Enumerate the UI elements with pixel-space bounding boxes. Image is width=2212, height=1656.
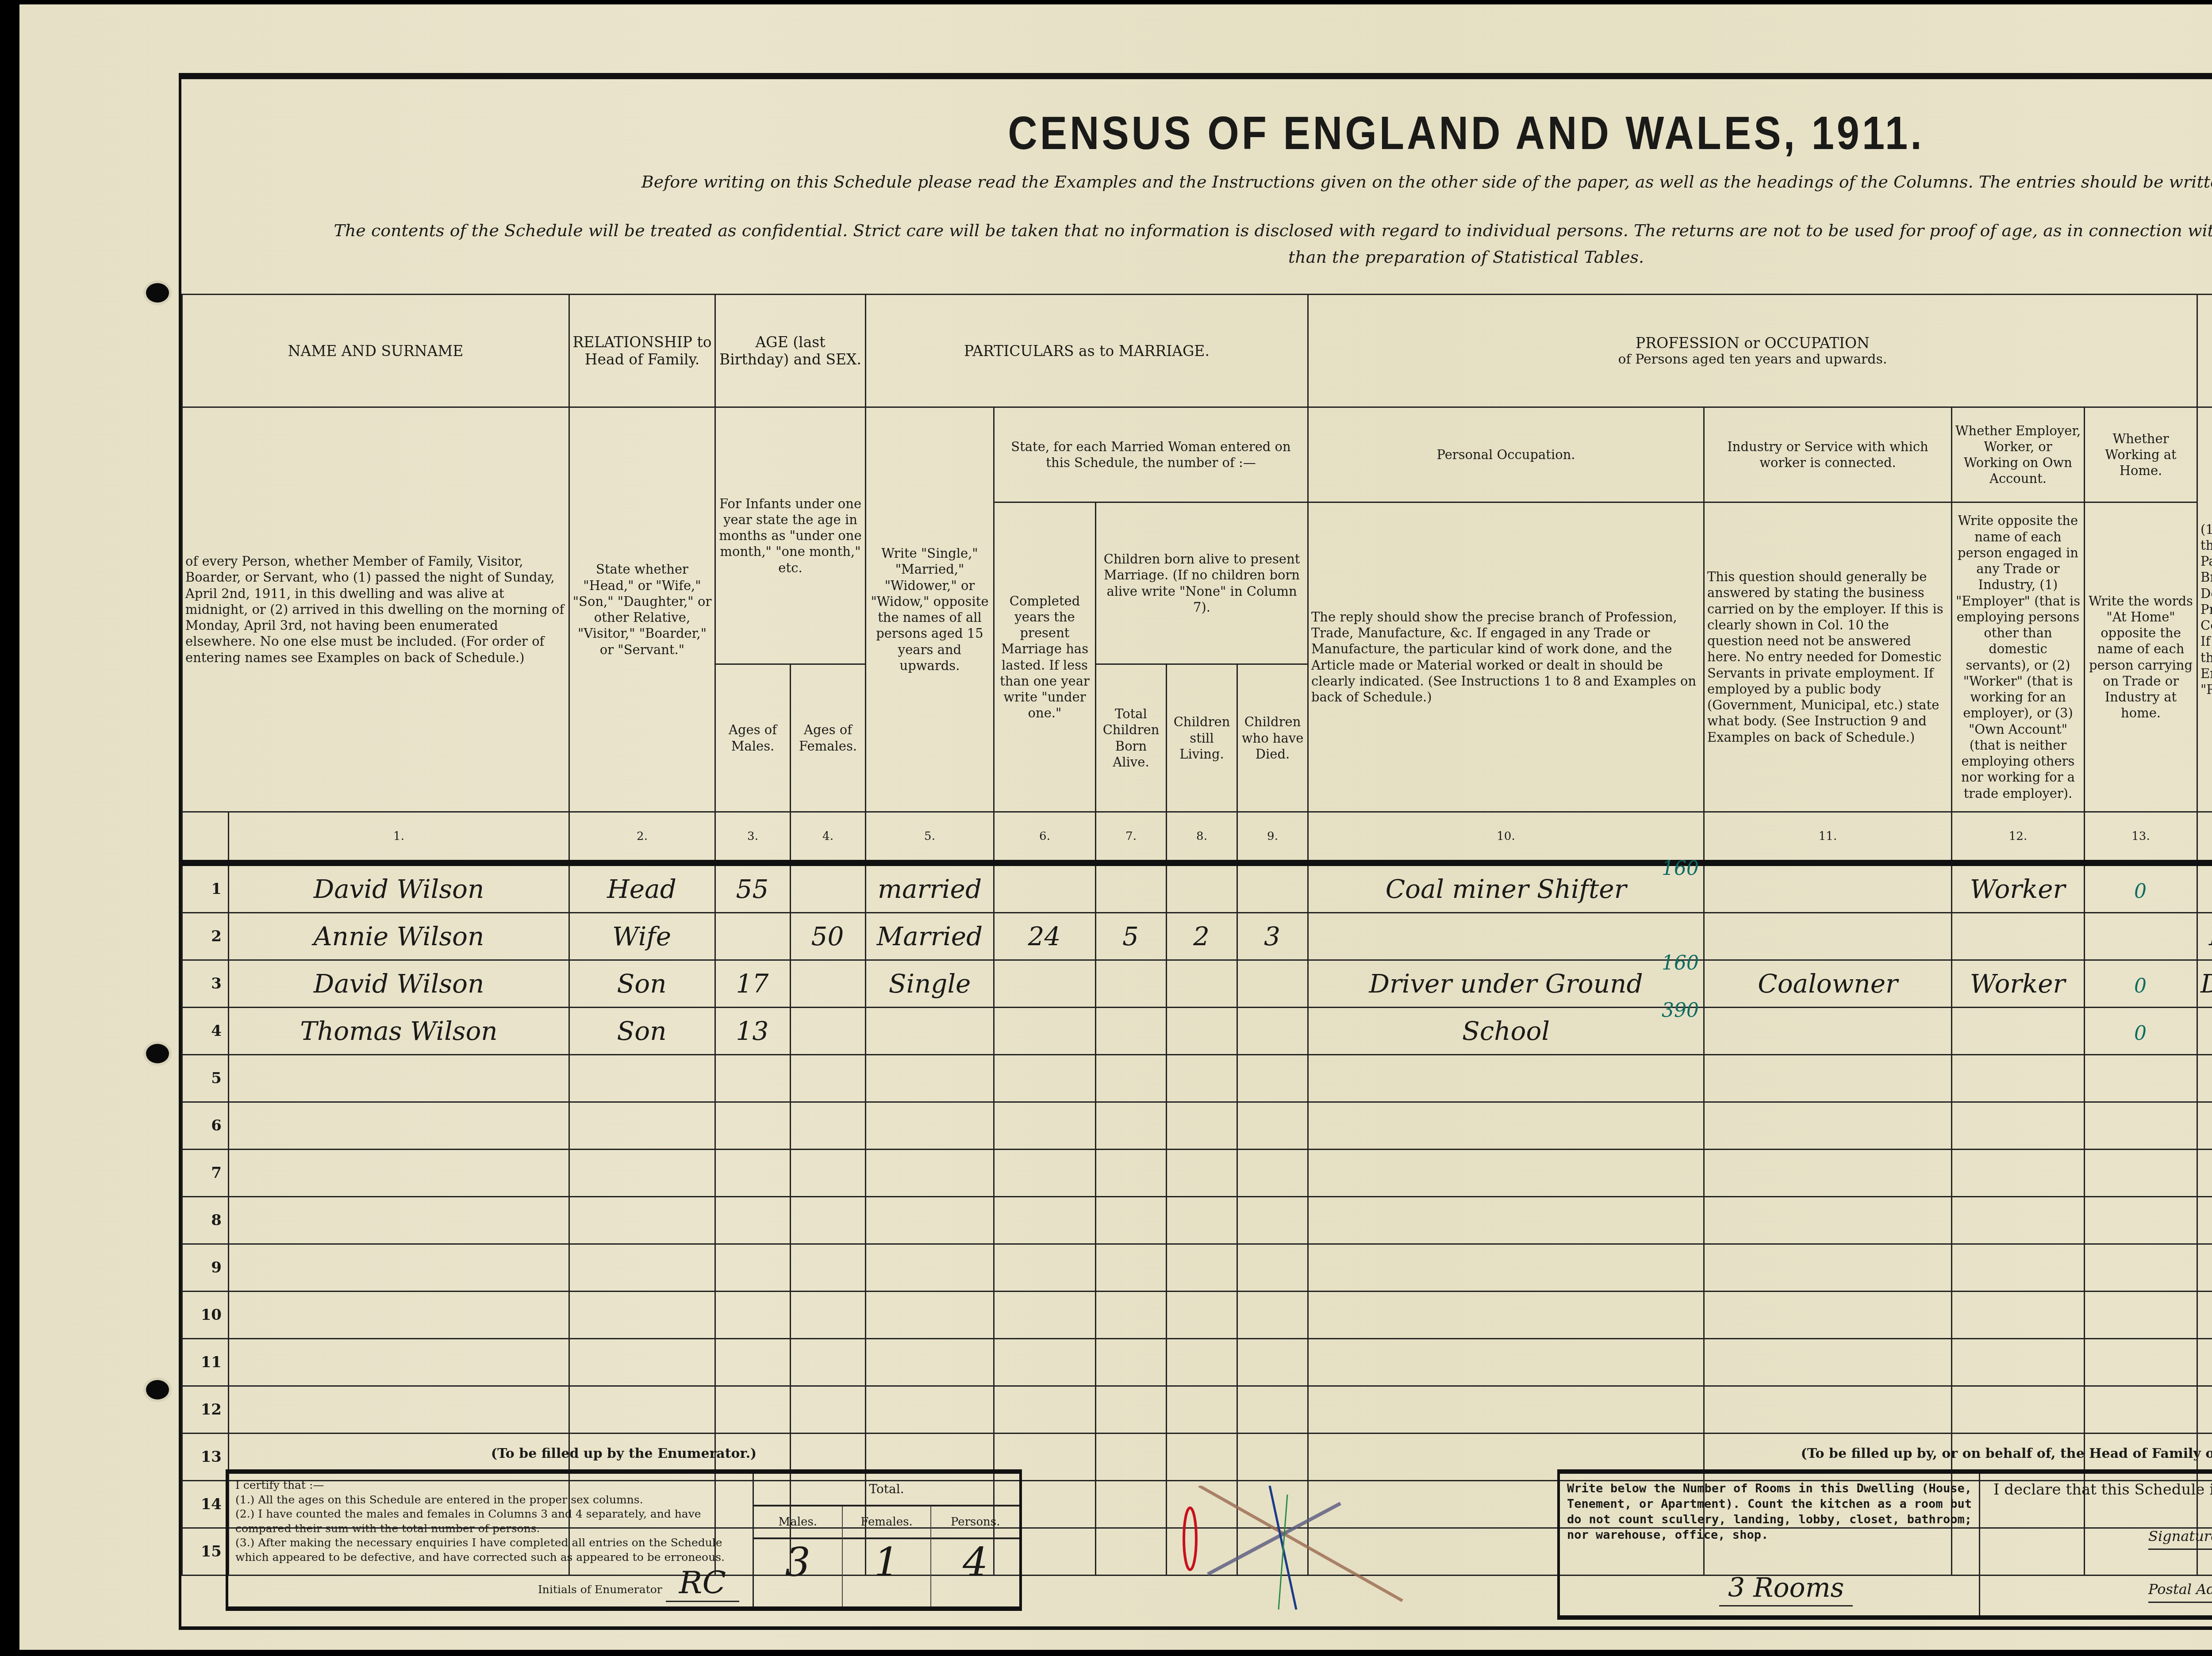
row-number: 5: [182, 1055, 229, 1102]
address-line[interactable]: Postal Address 6 West Terrace Boldon Col…: [2148, 1567, 2212, 1603]
employer-status[interactable]: [1952, 1055, 2085, 1102]
personal-occupation[interactable]: Driver under Ground160: [1308, 960, 1704, 1008]
person-name[interactable]: [229, 1055, 569, 1102]
enumerator-initials[interactable]: RC: [666, 1564, 739, 1602]
relationship-cell[interactable]: Head: [569, 863, 715, 913]
children-born[interactable]: [1096, 1386, 1167, 1434]
birthplace-cell[interactable]: Durham (Boldon Colly.: [2197, 960, 2212, 1008]
personal-occupation[interactable]: [1308, 1102, 1704, 1150]
address-label: Postal Address: [2148, 1581, 2212, 1598]
col-number: 12.: [1952, 812, 2085, 863]
children-born[interactable]: [1096, 960, 1167, 1008]
signature-label: Signature: [2148, 1528, 2212, 1545]
certify-item-1: (1.) All the ages on this Schedule are e…: [235, 1493, 745, 1507]
persons-label: Persons.: [931, 1506, 1019, 1539]
person-name[interactable]: [229, 1244, 569, 1292]
person-name[interactable]: Thomas Wilson: [229, 1008, 569, 1055]
working-at-home[interactable]: [2085, 1055, 2197, 1102]
relationship-cell[interactable]: [569, 1339, 715, 1386]
birthplace-cell[interactable]: [2197, 1244, 2212, 1292]
age-female[interactable]: [791, 1102, 866, 1150]
industry-cell[interactable]: [1704, 1339, 1952, 1386]
industry-cell[interactable]: Coalowner: [1704, 960, 1952, 1008]
personal-occupation-title: Personal Occupation.: [1308, 407, 1704, 502]
row-number: 2: [182, 913, 229, 960]
age-female[interactable]: [791, 1008, 866, 1055]
age-female[interactable]: [791, 1244, 866, 1292]
employer-status-text: Worker: [1970, 969, 2066, 999]
person-name[interactable]: [229, 1386, 569, 1434]
age-male[interactable]: [715, 1197, 791, 1244]
industry-cell[interactable]: [1704, 863, 1952, 913]
children-born[interactable]: [1096, 1528, 1167, 1575]
children-died[interactable]: [1237, 1339, 1308, 1386]
employer-status[interactable]: [1952, 1292, 2085, 1339]
children-living-text: 2: [1193, 921, 1210, 951]
householder-box: Write below the Number of Rooms in this …: [1557, 1469, 2212, 1620]
occupation-code: 390: [1662, 999, 1699, 1022]
working-at-home[interactable]: 0: [2085, 960, 2197, 1008]
row-number: 11: [182, 1339, 229, 1386]
col-number: 10.: [1308, 812, 1704, 863]
still-living-label: Children still Living.: [1167, 664, 1237, 812]
children-died[interactable]: [1237, 1197, 1308, 1244]
personal-occupation[interactable]: [1308, 1386, 1704, 1434]
employer-status[interactable]: [1952, 1339, 2085, 1386]
children-died[interactable]: [1237, 1150, 1308, 1197]
age-male-text: 13: [736, 1016, 769, 1046]
personal-occupation[interactable]: [1308, 1197, 1704, 1244]
person-name[interactable]: [229, 1339, 569, 1386]
children-born[interactable]: 5: [1096, 913, 1167, 960]
working-at-home[interactable]: [2085, 1386, 2197, 1434]
occupation-code: 160: [1662, 952, 1699, 974]
table-row: 4Thomas WilsonSon13School3900Durham do.: [182, 1008, 2212, 1055]
person-name-text: Annie Wilson: [314, 921, 484, 951]
home-title: Whether Working at Home.: [2085, 407, 2197, 502]
industry-cell[interactable]: [1704, 1008, 1952, 1055]
marital-condition[interactable]: [866, 1244, 994, 1292]
children-born[interactable]: [1096, 1244, 1167, 1292]
punch-hole: [146, 1380, 169, 1399]
children-living[interactable]: [1167, 1197, 1237, 1244]
marriage-heading: PARTICULARS as to MARRIAGE.: [866, 295, 1308, 407]
birthplace-cell[interactable]: Durham do.: [2197, 1008, 2212, 1055]
age-male-text: 17: [736, 969, 769, 999]
age-male[interactable]: [715, 1244, 791, 1292]
industry-cell[interactable]: [1704, 1386, 1952, 1434]
children-living[interactable]: [1167, 1292, 1237, 1339]
working-at-home[interactable]: [2085, 1150, 2197, 1197]
age-female[interactable]: [791, 1197, 866, 1244]
age-female[interactable]: 50: [791, 913, 866, 960]
table-row: 1David WilsonHead55marriedCoal miner Shi…: [182, 863, 2212, 913]
years-married[interactable]: [994, 863, 1096, 913]
children-born[interactable]: [1096, 1434, 1167, 1481]
working-at-home[interactable]: 0: [2085, 1008, 2197, 1055]
relationship-cell-text: Head: [607, 874, 676, 904]
row-number-text: 12: [201, 1401, 222, 1418]
relationship-cell[interactable]: Son: [569, 1008, 715, 1055]
relationship-cell-text: Son: [617, 1016, 666, 1046]
industry-cell[interactable]: [1704, 1150, 1952, 1197]
children-born[interactable]: [1096, 1150, 1167, 1197]
declaration-section: I declare that this Schedule is correctl…: [1980, 1474, 2212, 1615]
home-instructions: Write the words "At Home" opposite the n…: [2085, 502, 2197, 812]
punch-hole: [146, 1044, 169, 1063]
row-number: 15: [182, 1528, 229, 1575]
females-label: Females.: [843, 1506, 931, 1539]
marital-condition[interactable]: [866, 1339, 994, 1386]
employer-status[interactable]: [1952, 1244, 2085, 1292]
marital-condition[interactable]: [866, 1292, 994, 1339]
name-instructions: of every Person, whether Member of Famil…: [182, 407, 569, 812]
relationship-cell[interactable]: [569, 1055, 715, 1102]
person-name[interactable]: [229, 1292, 569, 1339]
personal-occupation[interactable]: School390: [1308, 1008, 1704, 1055]
person-name-text: Thomas Wilson: [300, 1016, 497, 1046]
age-male[interactable]: [715, 913, 791, 960]
personal-occupation[interactable]: [1308, 1339, 1704, 1386]
children-died[interactable]: [1237, 1386, 1308, 1434]
birthplace-cell[interactable]: [2197, 1339, 2212, 1386]
col-number: 2.: [569, 812, 715, 863]
table-row: 3David WilsonSon17SingleDriver under Gro…: [182, 960, 2212, 1008]
birthplace-cell[interactable]: [2197, 1150, 2212, 1197]
relationship-cell[interactable]: Wife: [569, 913, 715, 960]
personal-occupation[interactable]: Coal miner Shifter160: [1308, 863, 1704, 913]
children-born[interactable]: [1096, 863, 1167, 913]
home-code: 0: [2134, 880, 2147, 903]
children-died[interactable]: [1237, 863, 1308, 913]
children-living[interactable]: [1167, 1055, 1237, 1102]
employer-status[interactable]: [1952, 1197, 2085, 1244]
person-name[interactable]: [229, 1197, 569, 1244]
row-number-text: 13: [201, 1448, 222, 1466]
children-born[interactable]: [1096, 1102, 1167, 1150]
age-male-text: 55: [736, 874, 769, 904]
age-female[interactable]: [791, 863, 866, 913]
birthplace-cell[interactable]: [2197, 1055, 2212, 1102]
row-number: 7: [182, 1150, 229, 1197]
rooms-section: Write below the Number of Rooms in this …: [1560, 1474, 1980, 1615]
years-married[interactable]: [994, 1339, 1096, 1386]
years-married[interactable]: [994, 1197, 1096, 1244]
age-female[interactable]: [791, 1339, 866, 1386]
table-row: 11: [182, 1339, 2212, 1386]
children-living[interactable]: [1167, 960, 1237, 1008]
years-married[interactable]: [994, 1150, 1096, 1197]
age-male[interactable]: 55: [715, 863, 791, 913]
working-at-home[interactable]: [2085, 1292, 2197, 1339]
personal-occupation-instructions: The reply should show the precise branch…: [1308, 502, 1704, 812]
col-number: 9.: [1237, 812, 1308, 863]
ink-instruction: Before writing on this Schedule please r…: [181, 172, 2212, 192]
relationship-cell[interactable]: [569, 1386, 715, 1434]
males-label: Males.: [754, 1506, 842, 1539]
occupation-subheading: of Persons aged ten years and upwards.: [1311, 352, 2194, 367]
employer-status[interactable]: [1952, 1150, 2085, 1197]
totals-box: Total. Males.3 Females.1 Persons.4: [753, 1474, 1019, 1606]
children-living[interactable]: [1167, 1008, 1237, 1055]
marital-condition[interactable]: [866, 1150, 994, 1197]
marital-condition[interactable]: [866, 1197, 994, 1244]
home-code: 0: [2134, 1022, 2147, 1045]
employer-status[interactable]: [1952, 1102, 2085, 1150]
signature-line[interactable]: Signature David Wilson: [2148, 1514, 2212, 1550]
age-male[interactable]: [715, 1150, 791, 1197]
page-title: CENSUS OF ENGLAND AND WALES, 1911.: [181, 107, 2212, 160]
personal-occupation-text: Coal miner Shifter: [1386, 874, 1627, 904]
col-number: 14: [2197, 812, 2212, 863]
industry-cell[interactable]: [1704, 1102, 1952, 1150]
confidential-notice: The contents of the Schedule will be tre…: [181, 221, 2212, 240]
marital-condition[interactable]: married: [866, 863, 994, 913]
industry-title: Industry or Service with which worker is…: [1704, 407, 1952, 502]
row-number-text: 11: [201, 1353, 222, 1371]
birthplace-cell-text: Durham (Boldon Colly.: [2200, 969, 2212, 999]
person-name[interactable]: David Wilson: [229, 863, 569, 913]
industry-cell[interactable]: [1704, 1292, 1952, 1339]
children-living[interactable]: [1167, 1386, 1237, 1434]
industry-cell[interactable]: [1704, 1197, 1952, 1244]
declaration-text: I declare that this Schedule is correctl…: [1993, 1481, 2212, 1499]
years-married[interactable]: 24: [994, 913, 1096, 960]
relationship-cell[interactable]: [569, 1102, 715, 1150]
children-living[interactable]: [1167, 1434, 1237, 1481]
children-living[interactable]: [1167, 1150, 1237, 1197]
person-name[interactable]: [229, 1102, 569, 1150]
industry-cell-text: Coalowner: [1758, 969, 1897, 999]
personal-occupation-text: School: [1462, 1016, 1550, 1046]
row-number: 6: [182, 1102, 229, 1150]
industry-cell[interactable]: [1704, 1244, 1952, 1292]
birthplace-cell[interactable]: [2197, 1197, 2212, 1244]
col-number: 13.: [2085, 812, 2197, 863]
children-died[interactable]: [1237, 1244, 1308, 1292]
initials-label: Initials of Enumerator: [538, 1583, 662, 1596]
marital-condition[interactable]: [866, 1386, 994, 1434]
rooms-instructions: Write below the Number of Rooms in this …: [1567, 1481, 1972, 1543]
working-at-home[interactable]: [2085, 1102, 2197, 1150]
pencil-check-marks: [1181, 1486, 1411, 1610]
children-born[interactable]: [1096, 1292, 1167, 1339]
employer-status[interactable]: [1952, 1008, 2085, 1055]
row-number-text: 14: [201, 1495, 222, 1513]
females-total[interactable]: 1: [843, 1539, 931, 1606]
years-married[interactable]: [994, 1386, 1096, 1434]
industry-cell[interactable]: [1704, 1055, 1952, 1102]
children-living[interactable]: [1167, 1244, 1237, 1292]
row-number: 12: [182, 1386, 229, 1434]
years-married[interactable]: [994, 1102, 1096, 1150]
children-living[interactable]: [1167, 1339, 1237, 1386]
table-row: 7: [182, 1150, 2212, 1197]
years-married[interactable]: [994, 1008, 1096, 1055]
householder-caption: (To be filled up by, or on behalf of, th…: [1557, 1446, 2212, 1461]
row-number-text: 9: [211, 1259, 222, 1276]
years-married[interactable]: [994, 1055, 1096, 1102]
personal-occupation-text: Driver under Ground: [1369, 969, 1643, 999]
row-number-text: 4: [211, 1022, 222, 1040]
children-died[interactable]: [1237, 960, 1308, 1008]
enumerator-caption: (To be filled up by the Enumerator.): [226, 1446, 1022, 1461]
relationship-cell[interactable]: [569, 1150, 715, 1197]
working-at-home[interactable]: [2085, 1197, 2197, 1244]
certificate-text: I certify that :— (1.) All the ages on t…: [228, 1474, 753, 1606]
row-number-text: 1: [211, 880, 222, 898]
persons-total[interactable]: 4: [931, 1539, 1019, 1606]
relationship-cell-text: Son: [617, 969, 666, 999]
occupation-code: 160: [1662, 857, 1699, 880]
row-number: 1: [182, 863, 229, 913]
table-row: 12: [182, 1386, 2212, 1434]
age-male[interactable]: 13: [715, 1008, 791, 1055]
marital-condition-text: married: [878, 874, 982, 904]
person-name-text: David Wilson: [314, 874, 484, 904]
children-born[interactable]: [1096, 1339, 1167, 1386]
age-instructions: For Infants under one year state the age…: [715, 407, 866, 664]
row-number: 10: [182, 1292, 229, 1339]
age-male[interactable]: [715, 1386, 791, 1434]
years-married[interactable]: [994, 960, 1096, 1008]
col-number: 3.: [715, 812, 791, 863]
row-number-text: 5: [211, 1069, 222, 1087]
children-living[interactable]: [1167, 1102, 1237, 1150]
employer-status[interactable]: [1952, 913, 2085, 960]
children-born[interactable]: [1096, 1008, 1167, 1055]
employer-status-text: Worker: [1970, 874, 2066, 904]
row-number-text: 6: [211, 1117, 222, 1135]
table-row: 10: [182, 1292, 2212, 1339]
children-died[interactable]: [1237, 1434, 1308, 1481]
years-married[interactable]: [994, 1244, 1096, 1292]
marital-condition[interactable]: Married: [866, 913, 994, 960]
years-married-instructions: Completed years the present Marriage has…: [994, 502, 1096, 812]
years-married[interactable]: [994, 1292, 1096, 1339]
row-number: 4: [182, 1008, 229, 1055]
relationship-cell-text: Wife: [612, 921, 671, 951]
enumerator-certificate: I certify that :— (1.) All the ages on t…: [226, 1469, 1022, 1611]
occupation-heading-title: PROFESSION or OCCUPATION: [1311, 334, 2194, 352]
working-at-home[interactable]: [2085, 913, 2197, 960]
occupation-heading: PROFESSION or OCCUPATION of Persons aged…: [1308, 295, 2197, 407]
marital-condition[interactable]: [866, 1008, 994, 1055]
age-female[interactable]: [791, 960, 866, 1008]
age-male[interactable]: 17: [715, 960, 791, 1008]
age-male[interactable]: [715, 1055, 791, 1102]
total-label: Total.: [754, 1474, 1019, 1506]
children-died[interactable]: [1237, 1292, 1308, 1339]
children-died[interactable]: [1237, 1008, 1308, 1055]
row-number-text: 2: [211, 928, 222, 945]
person-name[interactable]: Annie Wilson: [229, 913, 569, 960]
total-born-label: Total Children Born Alive.: [1096, 664, 1167, 812]
years-married-text: 24: [1028, 921, 1061, 951]
table-row: 9: [182, 1244, 2212, 1292]
marital-condition[interactable]: [866, 1055, 994, 1102]
red-zero-mark: [1184, 1508, 1196, 1570]
person-name-text: David Wilson: [314, 969, 484, 999]
row-number-text: 8: [211, 1211, 222, 1229]
person-name[interactable]: [229, 1150, 569, 1197]
age-male[interactable]: [715, 1339, 791, 1386]
marital-condition[interactable]: [866, 1102, 994, 1150]
birthplace-cell[interactable]: [2197, 1386, 2212, 1434]
employer-status[interactable]: [1952, 1386, 2085, 1434]
rooms-value[interactable]: 3 Rooms: [1719, 1571, 1853, 1606]
working-at-home[interactable]: [2085, 1339, 2197, 1386]
birthplace-cell[interactable]: [2197, 1102, 2212, 1150]
row-number: 3: [182, 960, 229, 1008]
birthplace-cell[interactable]: Durham Hindongate: [2197, 913, 2212, 960]
children-born[interactable]: [1096, 1197, 1167, 1244]
children-born[interactable]: [1096, 1055, 1167, 1102]
personal-occupation[interactable]: [1308, 1244, 1704, 1292]
personal-occupation[interactable]: [1308, 1055, 1704, 1102]
children-died[interactable]: [1237, 1102, 1308, 1150]
row-number-text: 7: [211, 1164, 222, 1182]
age-male[interactable]: [715, 1102, 791, 1150]
enumerator-section: (To be filled up by the Enumerator.) I c…: [226, 1446, 1022, 1611]
children-group-instructions: Children born alive to present Marriage.…: [1096, 502, 1308, 664]
birthplace-instructions: (1) If born in the United Kingdom, write…: [2197, 407, 2212, 812]
employer-status[interactable]: Worker: [1952, 863, 2085, 913]
column-numbers: 1. 2. 3. 4. 5. 6. 7. 8. 9. 10. 11. 12. 1…: [182, 812, 2212, 863]
personal-occupation[interactable]: [1308, 913, 1704, 960]
age-female[interactable]: [791, 1292, 866, 1339]
working-at-home[interactable]: [2085, 1244, 2197, 1292]
ages-females-label: Ages of Females.: [791, 664, 866, 812]
birthplace-cell[interactable]: Durham Ryton: [2197, 863, 2212, 913]
certify-item-2: (2.) I have counted the males and female…: [235, 1507, 745, 1536]
certify-item-3: (3.) After making the necessary enquirie…: [235, 1536, 745, 1564]
relationship-cell[interactable]: [569, 1197, 715, 1244]
age-male[interactable]: [715, 1292, 791, 1339]
employer-instructions: Write opposite the name of each person e…: [1952, 502, 2085, 812]
children-died[interactable]: 3: [1237, 913, 1308, 960]
relationship-cell[interactable]: [569, 1244, 715, 1292]
employer-status[interactable]: Worker: [1952, 960, 2085, 1008]
marital-condition[interactable]: Single: [866, 960, 994, 1008]
relationship-cell[interactable]: Son: [569, 960, 715, 1008]
children-born[interactable]: [1096, 1481, 1167, 1528]
census-paper: CENSUS OF ENGLAND AND WALES, 1911. Befor…: [19, 4, 2212, 1650]
col-number: 5.: [866, 812, 994, 863]
col-number: 7.: [1096, 812, 1167, 863]
census-table: NAME AND SURNAME RELATIONSHIP to Head of…: [181, 294, 2212, 1576]
personal-occupation[interactable]: [1308, 1150, 1704, 1197]
age-female[interactable]: [791, 1055, 866, 1102]
birthplace-cell-text: Durham Hindongate: [2209, 921, 2212, 951]
industry-cell[interactable]: [1704, 913, 1952, 960]
children-living[interactable]: [1167, 863, 1237, 913]
employer-title: Whether Employer, Worker, or Working on …: [1952, 407, 2085, 502]
relationship-instructions: State whether "Head," or "Wife," "Son," …: [569, 407, 715, 812]
children-died[interactable]: [1237, 1055, 1308, 1102]
died-label: Children who have Died.: [1237, 664, 1308, 812]
children-living[interactable]: 2: [1167, 913, 1237, 960]
males-total[interactable]: 3: [754, 1539, 842, 1606]
age-female[interactable]: [791, 1150, 866, 1197]
col-number: 6.: [994, 812, 1096, 863]
personal-occupation[interactable]: [1308, 1292, 1704, 1339]
working-at-home[interactable]: 0: [2085, 863, 2197, 913]
age-female[interactable]: [791, 1386, 866, 1434]
birthplace-cell[interactable]: [2197, 1292, 2212, 1339]
person-name[interactable]: David Wilson: [229, 960, 569, 1008]
relationship-cell[interactable]: [569, 1292, 715, 1339]
